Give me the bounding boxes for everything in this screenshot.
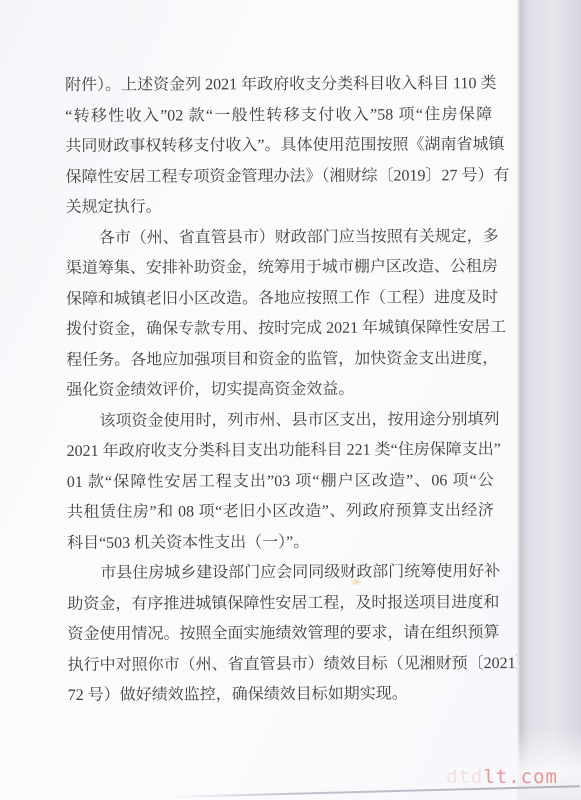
text-line: 市县住房城乡建设部门应会同同级财政部门统筹使用好补 xyxy=(67,557,494,589)
scan-smudge-artifact xyxy=(351,578,362,586)
text-line: 强化资金绩效评价，切实提高资金效益。 xyxy=(66,374,493,406)
text-line: “转移性收入”02 款“一般性转移支付收入”58 项“住房保障 xyxy=(65,100,492,132)
text-line: 保障和城镇老旧小区改造。各地应按照工作（工程）进度及时 xyxy=(66,283,493,315)
text-line: 程任务。各地应加强项目和资金的监管，加快资金支出进度， xyxy=(66,344,493,376)
scanned-document-page: 附件）。上述资金列 2021 年政府收支分类科目收入科目 110 类“转移性收入… xyxy=(0,0,581,800)
text-line: 72 号）做好绩效监控，确保绩效目标如期实现。 xyxy=(68,679,495,711)
text-line: 渠道筹集、安排补助资金，统筹用于城市棚户区改造、公租房 xyxy=(66,252,493,284)
text-line: 执行中对照你市（州、省直管县市）绩效目标（见湘财预〔2021〕 xyxy=(68,649,495,681)
text-line: 助资金，有序推进城镇保障性安居工程，及时报送项目进度和 xyxy=(67,588,494,620)
text-line: 共同财政事权转移支付收入”。具体使用范围按照《湖南省城镇 xyxy=(65,130,492,162)
text-line: 拨付资金，确保专款专用、按时完成 2021 年城镇保障性安居工 xyxy=(66,313,493,345)
paragraph-4: 市县住房城乡建设部门应会同同级财政部门统筹使用好补助资金，有序推进城镇保障性安居… xyxy=(67,557,495,711)
paragraph-3: 该项资金使用时，列市州、县市区支出，按用途分别填列2021 年政府收支分类科目支… xyxy=(66,405,494,559)
paragraph-1: 附件）。上述资金列 2021 年政府收支分类科目收入科目 110 类“转移性收入… xyxy=(65,69,493,223)
paragraph-2: 各市（州、省直管县市）财政部门应当按照有关规定，多渠道筹集、安排补助资金，统筹用… xyxy=(66,222,494,407)
text-line: 共租赁住房”和 08 项“老旧小区改造”、列政府预算支出经济 xyxy=(67,496,494,528)
document-body: 附件）。上述资金列 2021 年政府收支分类科目收入科目 110 类“转移性收入… xyxy=(65,69,495,711)
text-line: 科目“503 机关资本性支出（一）”。 xyxy=(67,527,494,559)
text-line: 01 款“保障性安居工程支出”03 项“棚户区改造”、06 项“公 xyxy=(67,466,494,498)
watermark-faded-text: dtd xyxy=(446,766,483,788)
text-line: 资金使用情况。按照全面实施绩效管理的要求，请在组织预算 xyxy=(67,618,494,650)
text-line: 该项资金使用时，列市州、县市区支出，按用途分别填列 xyxy=(66,405,493,437)
text-line: 保障性安居工程专项资金管理办法》（湘财综〔2019〕27 号）有 xyxy=(65,161,492,193)
text-line: 关规定执行。 xyxy=(66,191,493,223)
page-right-edge-band xyxy=(517,0,581,800)
text-line: 各市（州、省直管县市）财政部门应当按照有关规定，多 xyxy=(66,222,493,254)
text-line: 2021 年政府收支分类科目支出功能科目 221 类“住房保障支出” xyxy=(67,435,494,467)
text-line: 附件）。上述资金列 2021 年政府收支分类科目收入科目 110 类 xyxy=(65,69,492,101)
